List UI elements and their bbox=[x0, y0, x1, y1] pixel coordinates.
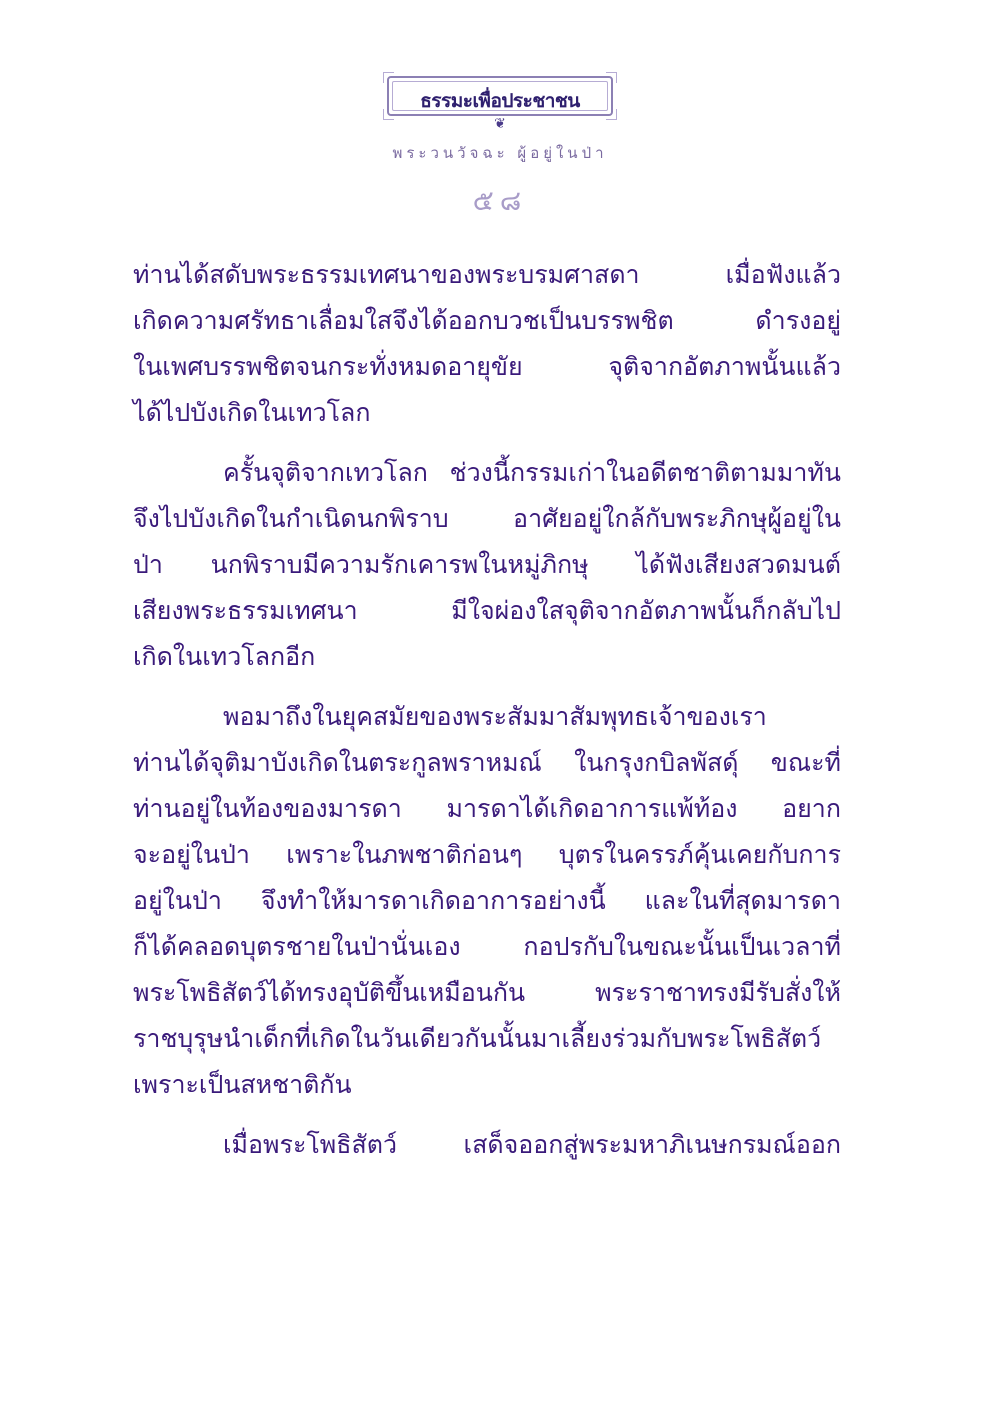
text-line: อยู่ในป่า จึงทำให้มารดาเกิดอาการอย่างนี้… bbox=[133, 878, 841, 924]
ornament-icon: ❦ bbox=[480, 116, 520, 132]
text-line: เพราะเป็นสหชาติกัน bbox=[133, 1062, 841, 1108]
text-line: ราชบุรุษนำเด็กที่เกิดในวันเดียวกันนั้นมา… bbox=[133, 1016, 841, 1062]
page-number: ๕๘ bbox=[0, 179, 1000, 223]
book-subtitle: พระวนวัจฉะ ผู้อยู่ในป่า bbox=[0, 141, 1000, 165]
text-line: เกิดในเทวโลกอีก bbox=[133, 634, 841, 680]
page-header: ธรรมะเพื่อประชาชน ❦ พระวนวัจฉะ ผู้อยู่ใน… bbox=[0, 72, 1000, 223]
text-line: ท่านได้จุติมาบังเกิดในตระกูลพราหมณ์ ในกร… bbox=[133, 740, 841, 786]
text-line: ก็ได้คลอดบุตรชายในป่านั่นเอง กอปรกับในขณ… bbox=[133, 924, 841, 970]
text-line: เมื่อพระโพธิสัตว์ เสด็จออกสู่พระมหาภิเนษ… bbox=[133, 1122, 841, 1168]
text-line: พระโพธิสัตว์ได้ทรงอุบัติขึ้นเหมือนกัน พร… bbox=[133, 970, 841, 1016]
paragraph-4: เมื่อพระโพธิสัตว์ เสด็จออกสู่พระมหาภิเนษ… bbox=[133, 1122, 841, 1168]
text-line: ได้ไปบังเกิดในเทวโลก bbox=[133, 390, 841, 436]
text-line: เกิดความศรัทธาเลื่อมใสจึงได้ออกบวชเป็นบร… bbox=[133, 298, 841, 344]
logo-text: ธรรมะเพื่อประชาชน bbox=[383, 86, 617, 116]
text-line: จึงไปบังเกิดในกำเนิดนกพิราบ อาศัยอยู่ใกล… bbox=[133, 496, 841, 542]
text-line: ท่านได้สดับพระธรรมเทศนาของพระบรมศาสดา เม… bbox=[133, 252, 841, 298]
paragraph-1: ท่านได้สดับพระธรรมเทศนาของพระบรมศาสดา เม… bbox=[133, 252, 841, 436]
paragraph-2: ครั้นจุติจากเทวโลก ช่วงนี้กรรมเก่าในอดีต… bbox=[133, 450, 841, 680]
text-line: เสียงพระธรรมเทศนา มีใจผ่องใสจุติจากอัตภา… bbox=[133, 588, 841, 634]
text-line: พอมาถึงในยุคสมัยของพระสัมมาสัมพุทธเจ้าขอ… bbox=[133, 694, 841, 740]
body-text: ท่านได้สดับพระธรรมเทศนาของพระบรมศาสดา เม… bbox=[133, 252, 841, 1182]
text-line: ครั้นจุติจากเทวโลก ช่วงนี้กรรมเก่าในอดีต… bbox=[133, 450, 841, 496]
text-line: ในเพศบรรพชิตจนกระทั่งหมดอายุขัย จุติจากอ… bbox=[133, 344, 841, 390]
paragraph-3: พอมาถึงในยุคสมัยของพระสัมมาสัมพุทธเจ้าขอ… bbox=[133, 694, 841, 1108]
logo: ธรรมะเพื่อประชาชน ❦ bbox=[383, 72, 617, 134]
logo-corner-decoration bbox=[383, 72, 394, 83]
text-line: ท่านอยู่ในท้องของมารดา มารดาได้เกิดอาการ… bbox=[133, 786, 841, 832]
text-line: ป่า นกพิราบมีความรักเคารพในหมู่ภิกษุ ได้… bbox=[133, 542, 841, 588]
text-line: จะอยู่ในป่า เพราะในภพชาติก่อนๆ บุตรในครร… bbox=[133, 832, 841, 878]
logo-corner-decoration bbox=[606, 72, 617, 83]
